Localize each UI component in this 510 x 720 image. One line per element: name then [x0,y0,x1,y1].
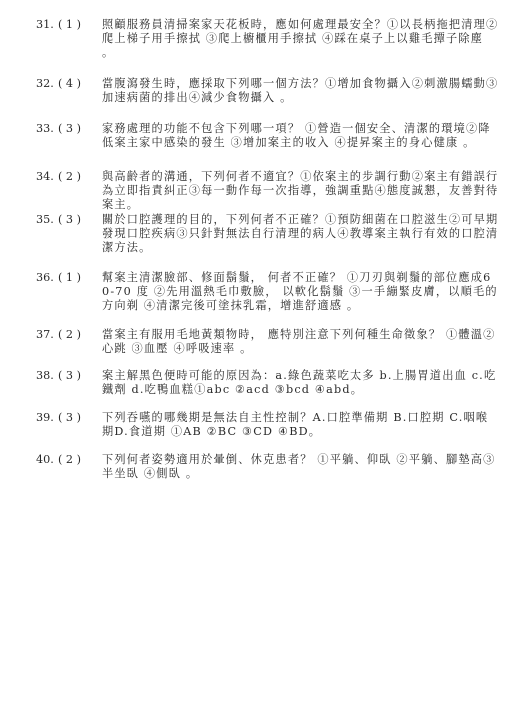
question-number: 32. [36,77,60,91]
question-text: 關於口腔護理的目的，下列何者不正確？①預防細菌在口腔滋生②可早期發現口腔疾病③只… [102,213,499,256]
question-text: 案主解黑色便時可能的原因為：a.綠色蔬菜吃太多 b.上腸胃道出血 c.吃鐵劑 d… [102,369,499,397]
question-number: 35. [36,213,60,227]
answer-key: ( 2 ) [58,453,102,467]
question-number: 34. [36,170,60,184]
answer-key: ( 2 ) [58,170,102,184]
question-text: 照顧服務員清掃案家天花板時，應如何處理最安全？①以長柄拖把清理②爬上梯子用手擦拭… [102,18,499,61]
answer-key: ( 1 ) [58,271,102,285]
question-39: 39. ( 3 ) 下列吞嚥的哪幾期是無法自主性控制？A.口腔準備期 B.口腔期… [36,411,506,439]
question-text: 家務處理的功能不包含下列哪一項？ ①營造一個安全、清潔的環境②降低案主家中感染的… [102,122,499,150]
answer-key: ( 3 ) [58,369,102,383]
answer-key: ( 2 ) [58,328,102,342]
answer-key: ( 4 ) [58,77,102,91]
question-33: 33. ( 3 ) 家務處理的功能不包含下列哪一項？ ①營造一個安全、清潔的環境… [36,122,506,150]
exam-page: 31. ( 1 ) 照顧服務員清掃案家天花板時，應如何處理最安全？①以長柄拖把清… [0,0,510,720]
question-37: 37. ( 2 ) 當案主有服用毛地黃類物時， 應特別注意下列何種生命徵象？ ①… [36,328,506,356]
question-40: 40. ( 2 ) 下列何者姿勢適用於暈倒、休克患者？ ①平躺、仰臥 ②平躺、腳… [36,453,506,481]
question-number: 38. [36,369,60,383]
question-number: 40. [36,453,60,467]
question-31: 31. ( 1 ) 照顧服務員清掃案家天花板時，應如何處理最安全？①以長柄拖把清… [36,18,506,61]
answer-key: ( 3 ) [58,213,102,227]
question-36: 36. ( 1 ) 幫案主清潔臉部、修面鬍鬚， 何者不正確？ ①刀刃與剃鬚的部位… [36,271,506,314]
question-number: 31. [36,18,60,32]
question-text: 下列吞嚥的哪幾期是無法自主性控制？A.口腔準備期 B.口腔期 C.咽喉期D.食道… [102,411,499,439]
question-text: 幫案主清潔臉部、修面鬍鬚， 何者不正確？ ①刀刃與剃鬚的部位應成60-70 度 … [102,271,499,314]
question-35: 35. ( 3 ) 關於口腔護理的目的，下列何者不正確？①預防細菌在口腔滋生②可… [36,213,506,256]
question-number: 39. [36,411,60,425]
question-text: 當案主有服用毛地黃類物時， 應特別注意下列何種生命徵象？ ①體溫②心跳 ③血壓 … [102,328,499,356]
answer-key: ( 3 ) [58,411,102,425]
question-32: 32. ( 4 ) 當腹瀉發生時，應採取下列哪一個方法？①增加食物攝入②刺激腸蠕… [36,77,506,105]
question-number: 33. [36,122,60,136]
question-text: 下列何者姿勢適用於暈倒、休克患者？ ①平躺、仰臥 ②平躺、腳墊高③半坐臥 ④側臥… [102,453,499,481]
question-34: 34. ( 2 ) 與高齡者的溝通，下列何者不適宜？①依案主的步調行動②案主有錯… [36,170,506,213]
answer-key: ( 1 ) [58,18,102,32]
answer-key: ( 3 ) [58,122,102,136]
question-38: 38. ( 3 ) 案主解黑色便時可能的原因為：a.綠色蔬菜吃太多 b.上腸胃道… [36,369,506,397]
question-text: 當腹瀉發生時，應採取下列哪一個方法？①增加食物攝入②刺激腸蠕動③加速病菌的排出④… [102,77,499,105]
question-number: 37. [36,328,60,342]
question-text: 與高齡者的溝通，下列何者不適宜？①依案主的步調行動②案主有錯誤行為立即指責糾正③… [102,170,499,213]
question-number: 36. [36,271,60,285]
